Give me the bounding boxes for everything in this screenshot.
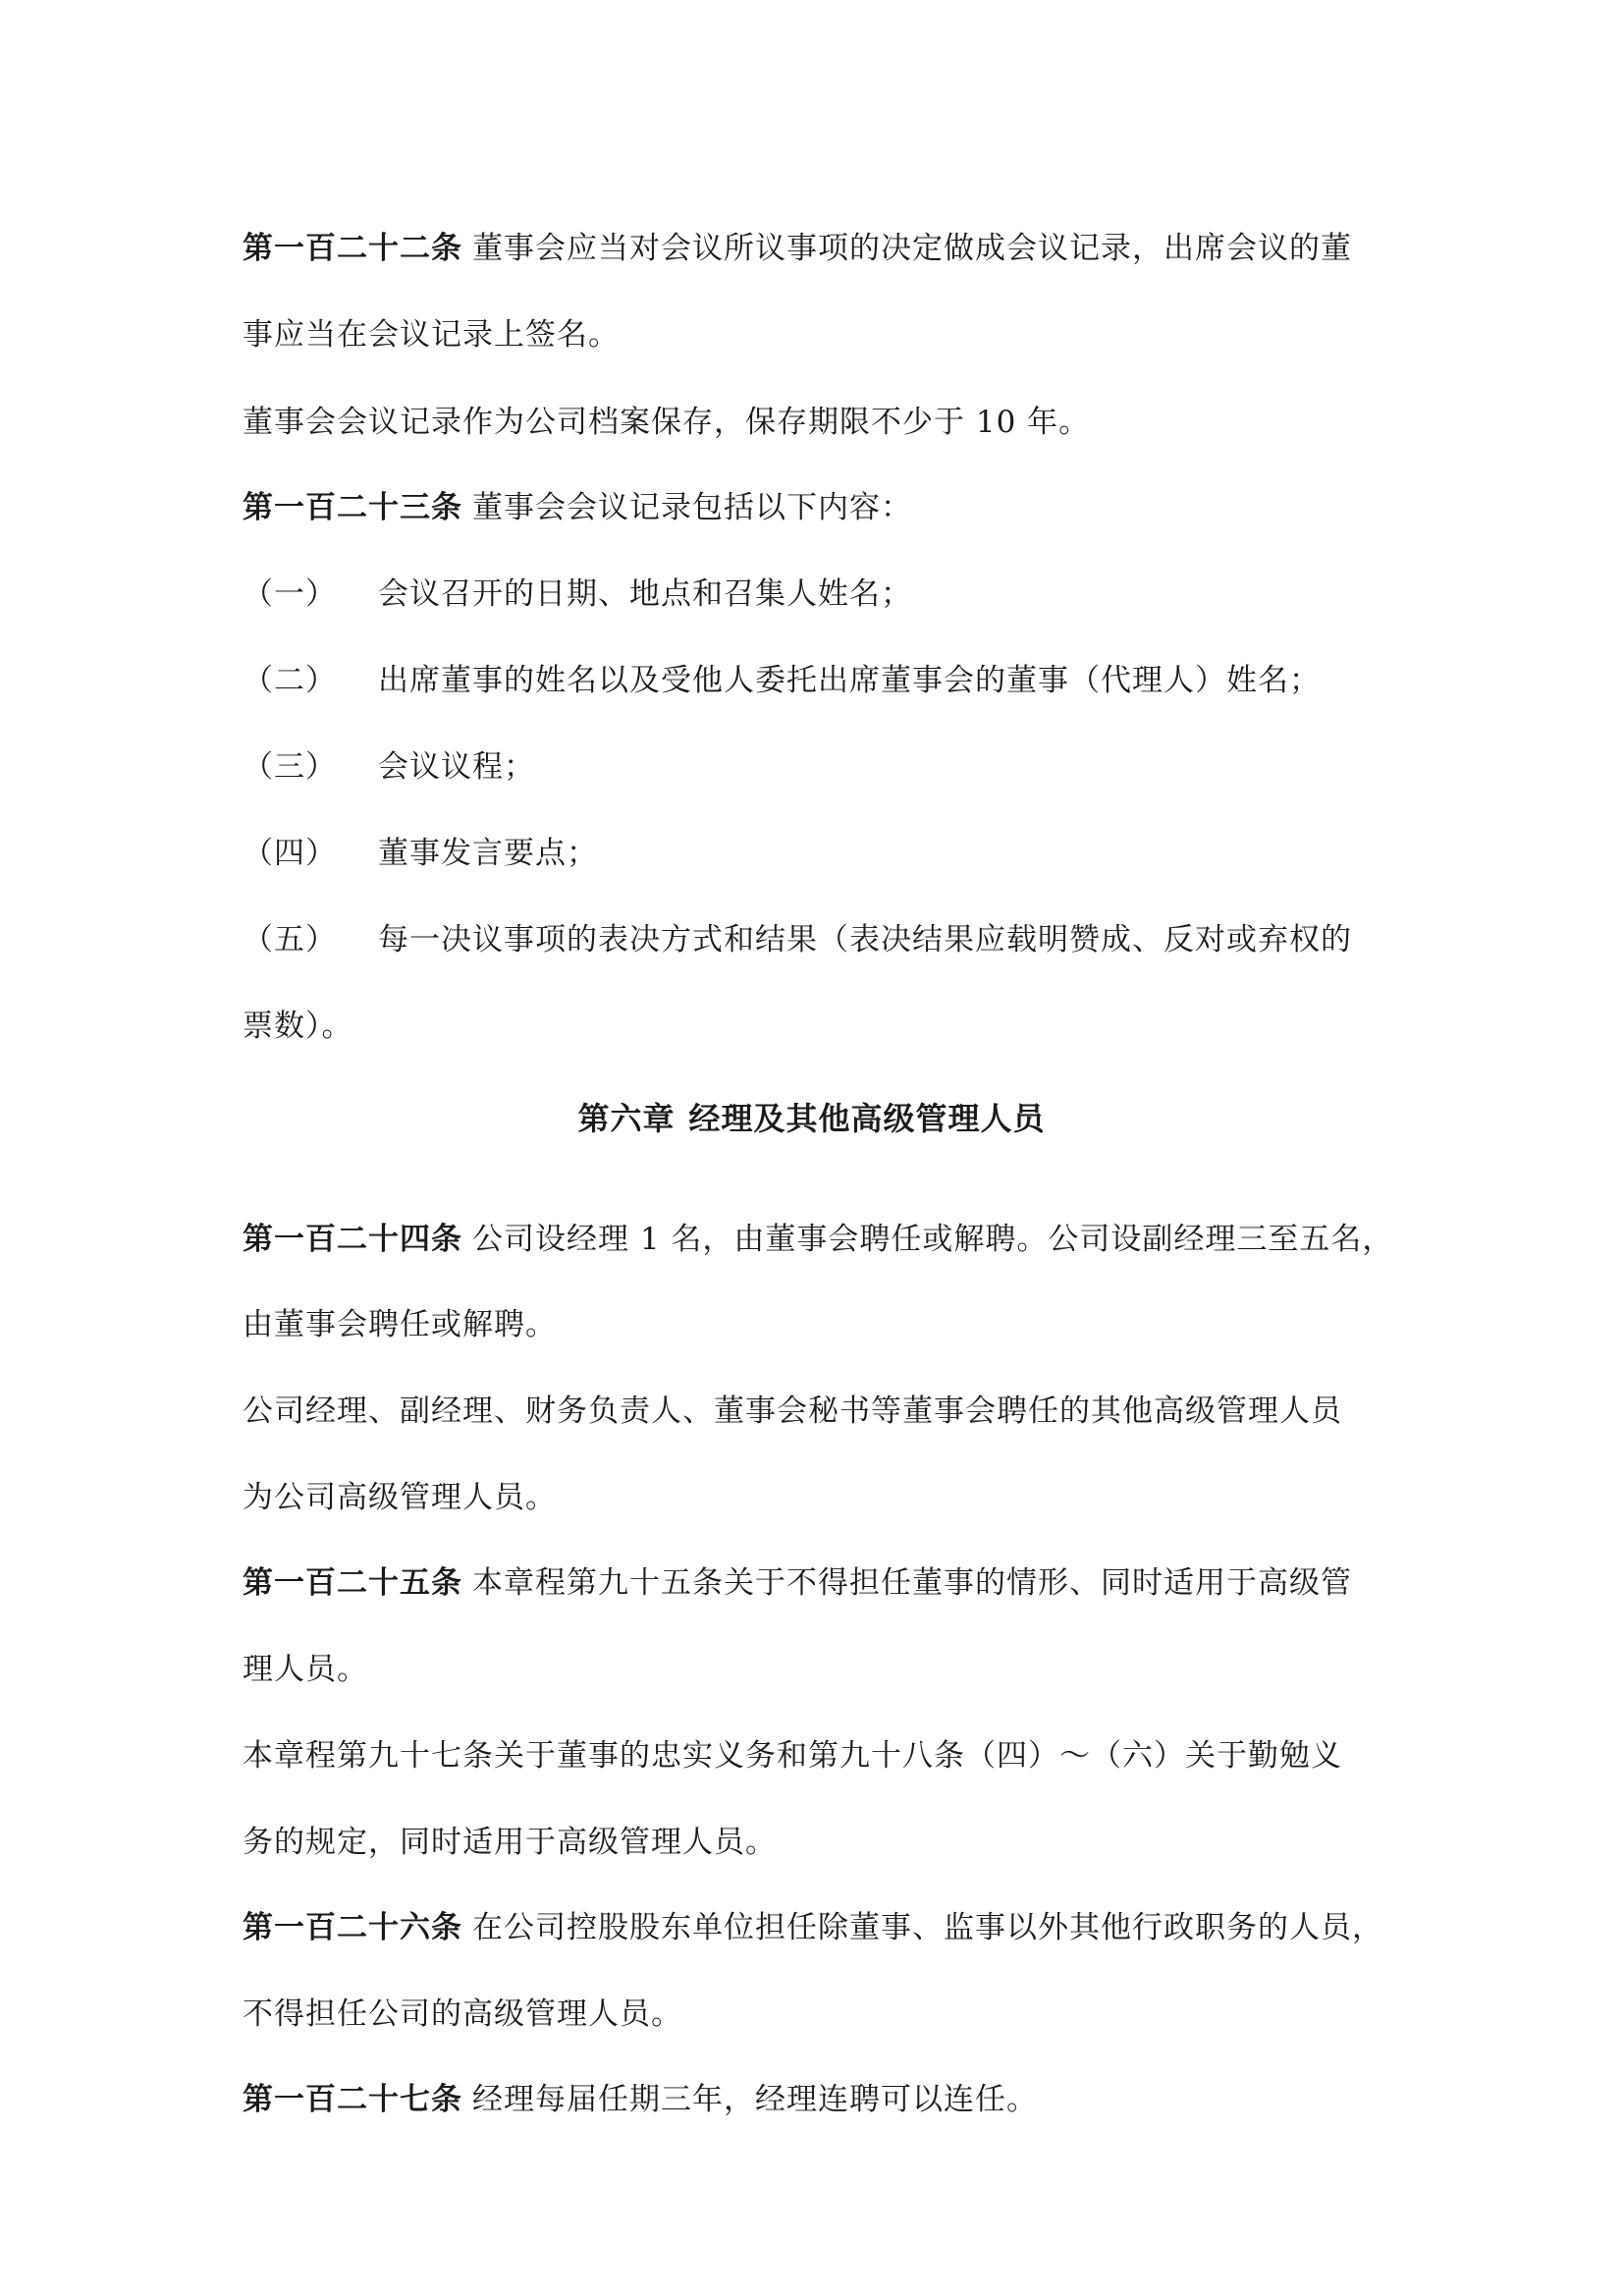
list-item-continuation: 票数）。 (243, 1007, 353, 1046)
article-124-line-2: 由董事会聘任或解聘。 (243, 1305, 557, 1344)
list-item-text: 会议召开的日期、地点和召集人姓名； (378, 576, 912, 612)
list-marker: （四） (243, 834, 378, 873)
article-125-line-2: 理人员。 (243, 1650, 368, 1689)
article-126-line-2: 不得担任公司的高级管理人员。 (243, 1995, 682, 2034)
list-marker: （二） (243, 661, 378, 700)
list-item-text: 会议议程； (378, 749, 535, 785)
article-122-line-2: 事应当在会议记录上签名。 (243, 315, 620, 355)
list-marker: （三） (243, 747, 378, 787)
article-text: 董事会应当对会议所议事项的决定做成会议记录，出席会议的董 (472, 231, 1352, 266)
article-number: 第一百二十四条 (243, 1222, 462, 1257)
document-page: 第一百二十二条董事会应当对会议所议事项的决定做成会议记录，出席会议的董 事应当在… (0, 0, 1623, 2296)
article-124-paragraph-2-line-2: 为公司高级管理人员。 (243, 1478, 557, 1517)
chapter-heading: 第六章经理及其他高级管理人员 (0, 1099, 1623, 1138)
list-item-text: 每一决议事项的表决方式和结果（表决结果应载明赞成、反对或弃权的 (378, 922, 1352, 957)
article-text: 经理每届任期三年，经理连聘可以连任。 (472, 2082, 1038, 2117)
chapter-title: 经理及其他高级管理人员 (689, 1100, 1046, 1137)
article-number: 第一百二十二条 (243, 231, 462, 266)
article-text: 本章程第九十五条关于不得担任董事的情形、同时适用于高级管 (472, 1565, 1352, 1601)
list-item: （二）出席董事的姓名以及受他人委托出席董事会的董事（代理人）姓名； (243, 661, 1321, 700)
article-125-line-1: 第一百二十五条本章程第九十五条关于不得担任董事的情形、同时适用于高级管 (243, 1563, 1352, 1603)
article-122-line-1: 第一百二十二条董事会应当对会议所议事项的决定做成会议记录，出席会议的董 (243, 229, 1352, 268)
list-item: （一）会议召开的日期、地点和召集人姓名； (243, 574, 912, 614)
article-124-line-1: 第一百二十四条公司设经理 1 名，由董事会聘任或解聘。公司设副经理三至五名， (243, 1220, 1393, 1259)
article-125-paragraph-2-line-1: 本章程第九十七条关于董事的忠实义务和第九十八条（四）～（六）关于勤勉义 (243, 1736, 1342, 1776)
list-marker: （一） (243, 574, 378, 614)
article-text: 董事会会议记录包括以下内容： (472, 490, 912, 525)
article-125-paragraph-2-line-2: 务的规定，同时适用于高级管理人员。 (243, 1823, 777, 1862)
list-item-text: 董事发言要点； (378, 836, 598, 871)
list-marker: （五） (243, 920, 378, 959)
article-122-paragraph-2: 董事会会议记录作为公司档案保存，保存期限不少于 10 年。 (243, 403, 1090, 442)
article-number: 第一百二十五条 (243, 1565, 462, 1601)
article-number: 第一百二十三条 (243, 490, 462, 525)
article-text: 公司设经理 1 名，由董事会聘任或解聘。公司设副经理三至五名， (472, 1222, 1393, 1257)
article-number: 第一百二十六条 (243, 1910, 462, 1945)
list-item: （四）董事发言要点； (243, 834, 598, 873)
article-126-line-1: 第一百二十六条在公司控股股东单位担任除董事、监事以外其他行政职务的人员， (243, 1908, 1383, 1947)
list-item: （三）会议议程； (243, 747, 535, 787)
list-item: （五）每一决议事项的表决方式和结果（表决结果应载明赞成、反对或弃权的 (243, 920, 1352, 959)
article-124-paragraph-2-line-1: 公司经理、副经理、财务负责人、董事会秘书等董事会聘任的其他高级管理人员 (243, 1392, 1342, 1431)
article-123-line-1: 第一百二十三条董事会会议记录包括以下内容： (243, 488, 912, 527)
article-127-line-1: 第一百二十七条经理每届任期三年，经理连聘可以连任。 (243, 2080, 1038, 2119)
chapter-number: 第六章 (577, 1100, 675, 1137)
article-number: 第一百二十七条 (243, 2082, 462, 2117)
article-text: 在公司控股股东单位担任除董事、监事以外其他行政职务的人员， (472, 1910, 1383, 1945)
list-item-text: 出席董事的姓名以及受他人委托出席董事会的董事（代理人）姓名； (378, 663, 1321, 698)
